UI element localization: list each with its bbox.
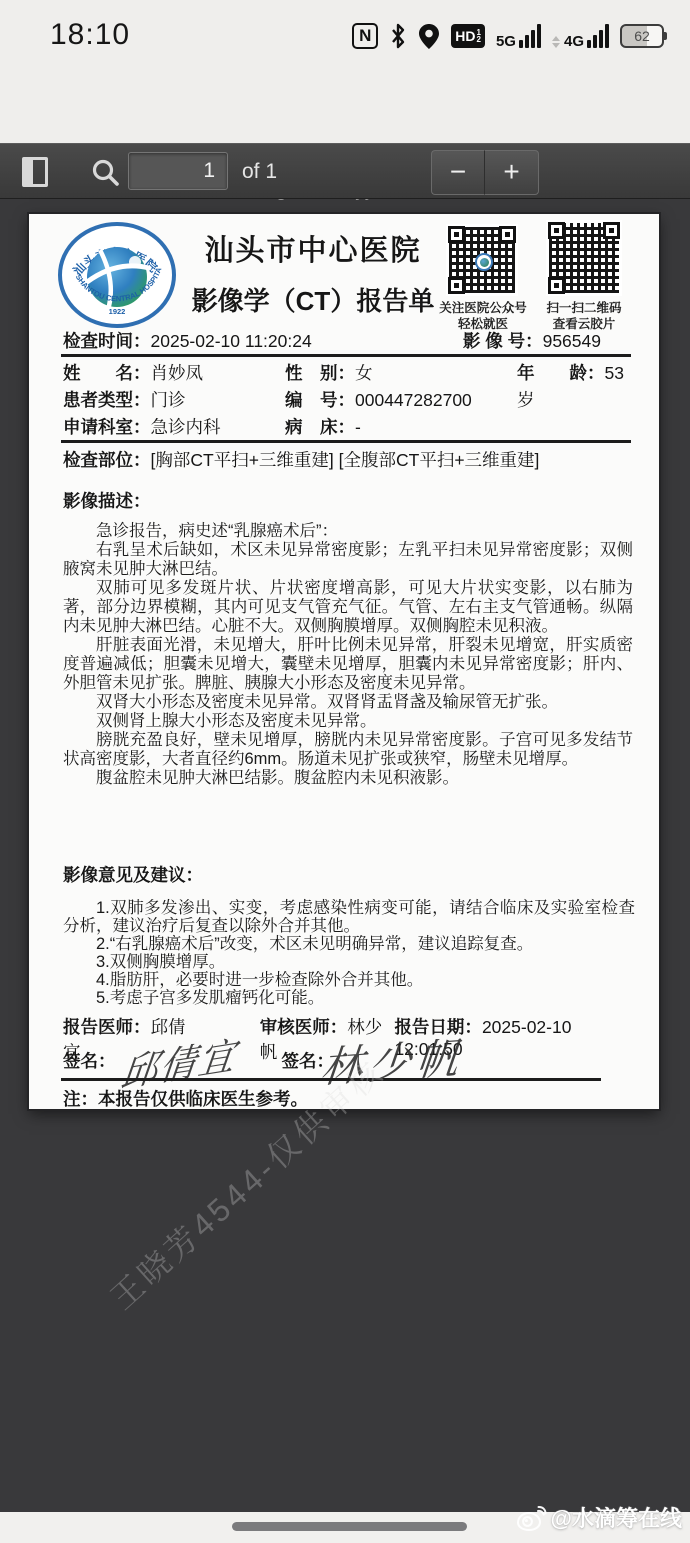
findings-paragraph: 腹盆腔未见肿大淋巴结影。腹盆腔内未见积液影。 [63,769,633,788]
location-icon [418,23,440,50]
weibo-logo-icon [517,1505,547,1531]
hospital-name: 汕头市中心医院 [179,228,447,269]
nfc-icon: N [352,23,378,49]
opinion-item: 3.双侧胸膜增厚。 [63,953,635,971]
divider [61,1078,601,1081]
hd-volte-icon: HD 12 [451,24,485,48]
table-row: 申请科室：急诊内科 病 床：- [63,414,629,441]
battery-icon: 62 [620,24,664,48]
zoom-out-button[interactable]: − [431,150,485,195]
report-title: 影像学（CT）报告单 [179,281,447,318]
exam-site-row: 检查部位：[胸部CT平扫+三维重建] [全腹部CT平扫+三维重建] [63,447,643,472]
image-no-label: 影 像 号： [463,331,543,351]
qr-code-public-account [446,224,518,296]
findings-paragraph: 肝脏表面光滑，未见增大，肝叶比例未见异常，肝裂未见增宽，肝实质密度普遍减低；胆囊… [63,636,633,693]
bluetooth-icon [389,23,407,49]
table-row: 姓 名：肖妙凤 性 别：女 年 龄：53 岁 [63,360,629,387]
svg-text:1922: 1922 [109,307,126,316]
findings-paragraph: 膀胱充盈良好，壁未见增厚，膀胱内未见异常密度影。子宫可见多发结节状高密度影，大者… [63,731,633,769]
opinion-item: 4.脂肪肝，必要时进一步检查除外合并其他。 [63,971,635,989]
search-icon[interactable] [90,157,120,187]
data-arrows-icon [552,36,560,48]
findings-paragraph: 双肾大小形态及密度未见异常。双肾肾盂肾盏及输尿管无扩张。 [63,693,633,712]
opinion-title: 影像意见及建议： [63,862,635,887]
clock: 18:10 [50,18,130,52]
qr-code-cloud-film [546,220,622,296]
signal-4g-icon: 4G [552,24,609,48]
opinion-item: 5.考虑子宫多发肌瘤钙化可能。 [63,989,635,1007]
exam-time-value: 2025-02-10 11:20:24 [151,331,312,351]
exam-meta-row: 检查时间：2025-02-10 11:20:24 影 像 号：956549 [63,328,629,353]
exam-site-value: [胸部CT平扫+三维重建] [全腹部CT平扫+三维重建] [151,450,540,470]
status-icons: N HD 12 5G 4G 62 [352,22,664,50]
findings-title: 影像描述： [63,488,633,513]
phone-screen: 18:10 N HD 12 5G 4G 62 [0,0,690,1543]
findings-paragraph: 双肺可见多发斑片状、片状密度增高影，可见大片状实变影，以右肺为著，部分边界模糊，… [63,579,633,636]
exam-site-label: 检查部位： [63,450,151,470]
opinion-section: 影像意见及建议： 1.双肺多发渗出、实变，考虑感染性病变可能，请结合临床及实验室… [63,862,635,1007]
zoom-controls: − + [431,150,539,195]
divider [61,354,631,357]
pdf-toolbar [0,143,690,199]
signature-review-doctor: 林少帆 [318,1025,468,1096]
opinion-item: 2.“右乳腺癌术后”改变，术区未见明确异常，建议追踪复查。 [63,935,635,953]
image-no-value: 956549 [543,331,601,351]
page-count-label: of 1 [242,160,277,184]
table-row: 患者类型：门诊 编 号：000447282700 [63,387,629,414]
status-bar: 18:10 N HD 12 5G 4G 62 [0,0,690,70]
findings-paragraph: 急诊报告，病史述“乳腺癌术后”： [63,522,633,541]
divider [61,440,631,443]
opinion-item: 1.双肺多发渗出、实变，考虑感染性病变可能，请结合临床及实验室检查分析，建议治疗… [63,899,635,935]
app-header: GetCheckPDF gzh.stszxyy.com [0,70,690,143]
qr-center-logo [475,253,493,271]
weibo-watermark: @水滴筹在线 [517,1502,682,1533]
signal-5g-icon: 5G [496,24,541,48]
footer-note: 注：本报告仅供临床医生参考。 [63,1086,308,1111]
pdf-page: 汕头市中心医院 1922 SHANTOU CENTRAL HOSPITAL 汕头… [29,214,659,1109]
hospital-logo: 汕头市中心医院 1922 SHANTOU CENTRAL HOSPITAL [57,222,177,328]
home-indicator[interactable] [232,1522,467,1531]
sidebar-toggle-icon[interactable] [22,157,48,187]
zoom-in-button[interactable]: + [485,150,539,195]
findings-paragraph: 右乳呈术后缺如，术区未见异常密度影；左乳平扫未见异常密度影；双侧腋窝未见肿大淋巴… [63,541,633,579]
findings-section: 影像描述： 急诊报告，病史述“乳腺癌术后”： 右乳呈术后缺如，术区未见异常密度影… [63,488,633,788]
findings-paragraph: 双侧肾上腺大小形态及密度未见异常。 [63,712,633,731]
patient-info-table: 姓 名：肖妙凤 性 别：女 年 龄：53 岁 患者类型：门诊 编 号：00044… [63,360,629,441]
exam-time-label: 检查时间： [63,331,151,351]
page-number-input[interactable]: 1 [128,152,228,190]
